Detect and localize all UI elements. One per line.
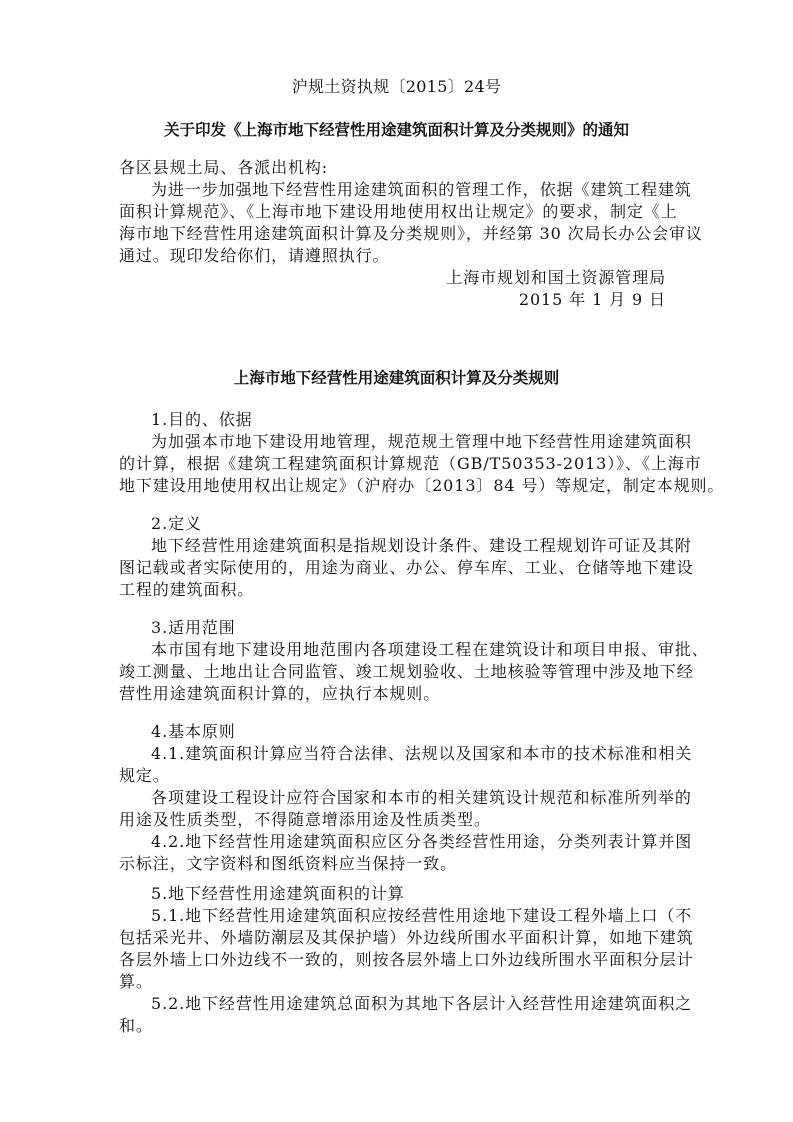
section-line: 各项建设工程设计应符合国家和本市的相关建筑设计规范和标准所列举的 [119,787,666,809]
section-heading: 5.地下经营性用途建筑面积的计算 [119,883,666,905]
section-line: 算。 [119,971,666,993]
section-line: 4.2.地下经营性用途建筑面积应区分各类经营性用途，分类列表计算并图 [119,831,666,853]
section-heading: 1.目的、依据 [119,409,666,431]
section-heading: 2.定义 [119,513,666,535]
section-line: 本市国有地下建设用地范围内各项建设工程在建筑设计和项目申报、审批、 [119,639,666,661]
section-line: 规定。 [119,765,666,787]
notice-title: 关于印发《上海市地下经营性用途建筑面积计算及分类规则》的通知 [0,119,793,141]
section-line: 工程的建筑面积。 [119,579,666,601]
section-line: 的计算，根据《建筑工程建筑面积计算规范（GB/T50353-2013）》、《上海… [119,453,666,475]
rules-title: 上海市地下经营性用途建筑面积计算及分类规则 [0,367,793,389]
section-line: 地下经营性用途建筑面积是指规划设计条件、建设工程规划许可证及其附 [119,535,666,557]
addressee: 各区县规土局、各派出机构: [119,157,666,179]
section-line: 地下建设用地使用权出让规定》（沪府办〔2013〕84 号）等规定，制定本规则。 [119,475,666,497]
section-line: 示标注，文字资料和图纸资料应当保持一致。 [119,853,666,875]
section-line: 为加强本市地下建设用地管理，规范规土管理中地下经营性用途建筑面积 [119,431,666,453]
notice-body-line: 面积计算规范》、《上海市地下建设用地使用权出让规定》的要求，制定《上 [119,201,666,223]
document-page: 沪规土资执规〔2015〕24号 关于印发《上海市地下经营性用途建筑面积计算及分类… [0,0,793,1122]
section-heading: 3.适用范围 [119,617,666,639]
notice-body-line: 通过。现印发给你们，请遵照执行。 [119,245,666,267]
section-line: 竣工测量、土地出让合同监管、竣工规划验收、土地核验等管理中涉及地下经 [119,661,666,683]
section-heading: 4.基本原则 [119,721,666,743]
section-line: 5.2.地下经营性用途建筑总面积为其地下各层计入经营性用途建筑面积之 [119,993,666,1015]
section-line: 用途及性质类型，不得随意增添用途及性质类型。 [119,809,666,831]
signature: 上海市规划和国土资源管理局 [119,267,666,289]
section-line: 各层外墙上口外边线不一致的，则按各层外墙上口外边线所围水平面积分层计 [119,949,666,971]
section-line: 5.1.地下经营性用途建筑面积应按经营性用途地下建设工程外墙上口（不 [119,905,666,927]
section-line: 营性用途建筑面积计算的，应执行本规则。 [119,683,666,705]
notice-date: 2015 年 1 月 9 日 [119,289,666,311]
section-line: 4.1.建筑面积计算应当符合法律、法规以及国家和本市的技术标准和相关 [119,743,666,765]
notice-body-line: 海市地下经营性用途建筑面积计算及分类规则》，并经第 30 次局长办公会审议 [119,223,666,245]
notice-body-line: 为进一步加强地下经营性用途建筑面积的管理工作，依据《建筑工程建筑 [119,179,666,201]
document-number: 沪规土资执规〔2015〕24号 [0,76,793,98]
section-line: 和。 [119,1015,666,1037]
section-line: 图记载或者实际使用的，用途为商业、办公、停车库、工业、仓储等地下建设 [119,557,666,579]
section-line: 包括采光井、外墙防潮层及其保护墙）外边线所围水平面积计算，如地下建筑 [119,927,666,949]
